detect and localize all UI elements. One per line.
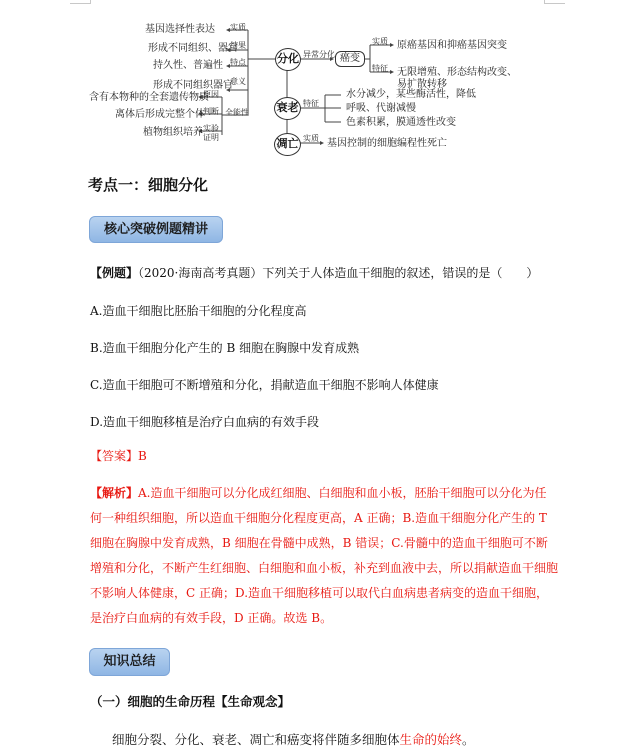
left-branch-label: 意义 xyxy=(230,77,246,86)
summary-text: 细胞分裂、分化、衰老、凋亡和癌变将伴随多细胞体 xyxy=(112,732,400,747)
node-differentiation: 分化 xyxy=(275,48,301,71)
left-branch-text: 基因选择性表达 xyxy=(145,24,215,35)
mindmap-lines xyxy=(0,0,640,160)
answer-tag: 【答案】 xyxy=(90,449,138,463)
left-branch-text: 持久性、普遍性 xyxy=(153,60,223,71)
apoptosis-text: 基因控制的细胞编程性死亡 xyxy=(327,138,447,149)
aging-item: 水分减少，某些酶活性，降低 xyxy=(346,89,476,100)
left-branch-label: 实质 xyxy=(230,23,246,32)
totipotency-judge: 离体后形成完整个体 xyxy=(115,109,205,120)
answer-value: B xyxy=(138,449,147,463)
totipotency-label: 证明 xyxy=(203,133,219,142)
cancer-label: 特征 xyxy=(372,64,388,73)
subsection-title: （一）细胞的生命历程【生命观念】 xyxy=(90,692,290,710)
cell-life-mindmap: 基因选择性表达 实质 形成不同组织、器官 结果 持久性、普遍性 特点 形成不同组… xyxy=(0,0,640,160)
option-b: B.造血干细胞分化产生的 B 细胞在胸腺中发育成熟 xyxy=(90,339,359,356)
explanation: 【解析】A.造血干细胞可以分化成红细胞、白细胞和血小板，胚胎干细胞可以分化为任何… xyxy=(90,481,558,631)
summary-highlight: 生命的始终 xyxy=(400,732,463,747)
aging-item: 呼吸、代谢减慢 xyxy=(346,103,416,114)
option-a: A.造血干细胞比胚胎干细胞的分化程度高 xyxy=(90,302,306,319)
abnormal-label: 异常分化 xyxy=(303,50,335,59)
explanation-tag: 【解析】 xyxy=(90,486,138,500)
cancer-label: 实质 xyxy=(372,37,388,46)
totipotency-label: 原因 xyxy=(203,90,219,99)
totipotency-experiment: 植物组织培养 xyxy=(143,127,203,138)
left-branch-text: 形成不同组织器官 xyxy=(153,80,233,91)
cancer-text: 原癌基因和抑癌基因突变 xyxy=(397,40,507,51)
summary-end: 。 xyxy=(462,732,475,747)
apoptosis-label: 实质 xyxy=(303,134,319,143)
left-branch-text: 形成不同组织、器官 xyxy=(148,43,238,54)
aging-label: 特征 xyxy=(303,99,319,108)
totipotency-label: 判断 xyxy=(203,107,219,116)
option-d: D.造血干细胞移植是治疗白血病的有效手段 xyxy=(90,413,319,430)
summary-line: 细胞分裂、分化、衰老、凋亡和癌变将伴随多细胞体生命的始终。 xyxy=(112,730,475,748)
left-branch-label: 结果 xyxy=(230,41,246,50)
question-tag: 【例题】 xyxy=(90,266,138,280)
node-apoptosis: 凋亡 xyxy=(274,133,301,156)
node-canceration: 癌变 xyxy=(335,51,365,67)
answer: 【答案】B xyxy=(90,447,147,464)
aging-item: 色素积累，膜通透性改变 xyxy=(346,117,456,128)
question-source: （2020·海南高考真题） xyxy=(138,266,262,280)
cancer-text: 无限增殖、形态结构改变、 xyxy=(397,67,517,78)
node-aging: 衰老 xyxy=(274,97,301,120)
totipotency-reason: 含有本物种的全套遗传物质 xyxy=(89,92,209,103)
explanation-text: A.造血干细胞可以分化成红细胞、白细胞和血小板，胚胎干细胞可以分化为任何一种组织… xyxy=(90,486,558,625)
option-c: C.造血干细胞可不断增殖和分化，捐献造血干细胞不影响人体健康 xyxy=(90,376,439,393)
pill-core-examples: 核心突破例题精讲 xyxy=(89,216,223,243)
question-stem: 【例题】（2020·海南高考真题）下列关于人体造血干细胞的叙述，错误的是（ ） xyxy=(90,264,538,281)
section-title: 考点一：细胞分化 xyxy=(88,174,208,195)
left-branch-label: 特点 xyxy=(230,58,246,67)
totipotency-label: 实验 xyxy=(203,124,219,133)
pill-knowledge-summary: 知识总结 xyxy=(89,648,170,676)
question-text: 下列关于人体造血干细胞的叙述，错误的是（ ） xyxy=(262,266,538,280)
totipotency-title: 全能性 xyxy=(225,108,249,117)
